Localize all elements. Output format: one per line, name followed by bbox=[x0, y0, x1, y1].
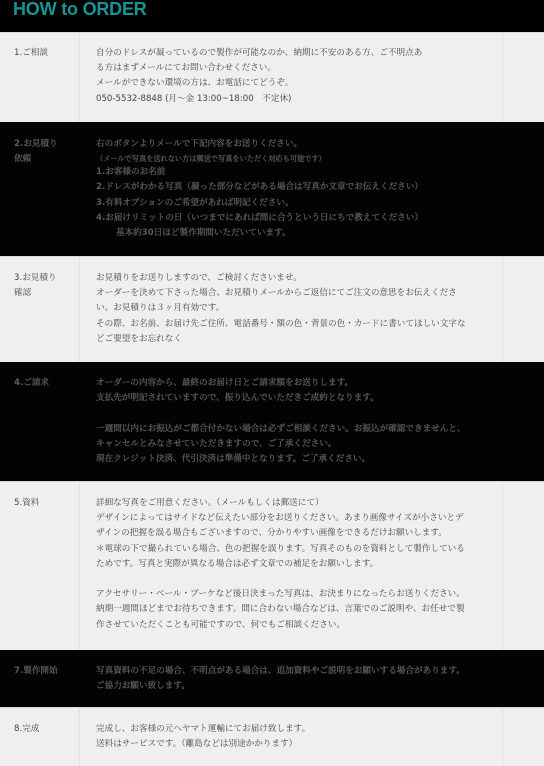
column-divider bbox=[79, 123, 80, 256]
column-divider bbox=[79, 651, 80, 707]
step-row-estimate-confirm: 3.お見積り 確認 お見積りをお送りしますので、ご検討くださいませ。 オーダーを… bbox=[0, 256, 544, 362]
step-row-production-start: 7.製作開始 写真資料の不足の場合、不明点がある場合は、追加資料やご説明をお願い… bbox=[0, 650, 544, 707]
step-text-line: い。お見積りは３ヶ月有効です。 bbox=[96, 301, 536, 316]
step-text-line: 一週間以内にお振込がご都合付かない場合は必ずご相談ください。お振込が確認できませ… bbox=[96, 422, 536, 437]
step-text-line: 現在クレジット決済、代引決済は準備中となります。ご了承ください。 bbox=[96, 452, 536, 467]
step-label: 4.ご請求 bbox=[14, 376, 49, 391]
step-text-line: 完成し、お客様の元へヤマト運輸にてお届け致します。 bbox=[96, 722, 536, 737]
step-text-line: 写真資料の不足の場合、不明点がある場合は、追加資料やご説明をお願いする場合があり… bbox=[96, 664, 536, 679]
step-row-completion: 8.完成 完成し、お客様の元へヤマト運輸にてお届け致します。 送料はサービスです… bbox=[0, 707, 544, 766]
step-text-line: ザインの把握を誤る場合もございますので、分かりやすい画像をできるだけお願いします… bbox=[96, 526, 536, 541]
step-text-line: ためです。写真と実際が異なる場合は必ず文章での補足をお願いします。 bbox=[96, 557, 536, 572]
step-text-line: キャンセルとみなさせていただきますので、ご了承ください。 bbox=[96, 437, 536, 452]
step-text-line: オーダーを決めて下さった場合、お見積りメールからご返信にてご注文の意思をお伝えく… bbox=[96, 286, 536, 301]
page-title: HOW to ORDER bbox=[13, 0, 147, 21]
step-content: オーダーの内容から、最終のお届け日とご請求額をお送りします。 支払先が明記されて… bbox=[96, 376, 536, 467]
step-text-line: 納期一週間ほどまでお待ちできます。間に合わない場合などは、言葉でのご説明や、お任… bbox=[96, 602, 536, 617]
step-text-line: 自分のドレスが凝っているので製作が可能なのか、納期に不安のある方、ご不明点あ bbox=[96, 46, 536, 61]
step-text-line: オーダーの内容から、最終のお届け日とご請求額をお送りします。 bbox=[96, 376, 536, 391]
step-label: 1.ご相談 bbox=[14, 46, 48, 61]
step-label: 2.お見積り 依頼 bbox=[14, 137, 58, 167]
step-content: 写真資料の不足の場合、不明点がある場合は、追加資料やご説明をお願いする場合があり… bbox=[96, 664, 536, 694]
step-content: 完成し、お客様の元へヤマト運輸にてお届け致します。 送料はサービスです。（離島な… bbox=[96, 722, 536, 752]
step-text-line: 右のボタンよりメールで下記内容をお送りください。 bbox=[96, 137, 536, 152]
step-text-line: ご協力お願い致します。 bbox=[96, 679, 536, 694]
step-text-line: デザインによってはサイドなど伝えたい部分をお送りください。あまり画像サイズが小さ… bbox=[96, 511, 536, 526]
page-header: HOW to ORDER bbox=[0, 0, 544, 32]
step-text-line: その際、お名前、お届け先ご住所、電話番号・額の色・背景の色・カードに書いてほしい… bbox=[96, 317, 536, 332]
step-content: 右のボタンよりメールで下記内容をお送りください。 （メールで写真を送れない方は郵… bbox=[96, 137, 536, 241]
step-row-consultation: 1.ご相談 自分のドレスが凝っているので製作が可能なのか、納期に不安のある方、ご… bbox=[0, 32, 544, 122]
step-label: 8.完成 bbox=[14, 722, 39, 737]
blank-line bbox=[96, 572, 536, 587]
step-label: 3.お見積り 確認 bbox=[14, 271, 57, 301]
step-text-line: 詳細な写真をご用意ください。（メールもしくは郵送にて） bbox=[96, 496, 536, 511]
blank-line bbox=[96, 406, 536, 421]
step-content: 自分のドレスが凝っているので製作が可能なのか、納期に不安のある方、ご不明点あ る… bbox=[96, 46, 536, 107]
column-divider bbox=[79, 482, 80, 650]
step-list-item: 1.お客様のお名前 bbox=[96, 165, 536, 180]
step-text-line: お見積りをお送りしますので、ご検討くださいませ。 bbox=[96, 271, 536, 286]
step-content: お見積りをお送りしますので、ご検討くださいませ。 オーダーを決めて下さった場合、… bbox=[96, 271, 536, 347]
step-text-line: アクセサリー・ベール・ブーケなど後日決まった写真は、お決まりになったらお送りくだ… bbox=[96, 587, 536, 602]
phone-number: 050-5532-8848 (月～金 13:00~18:00 不定休) bbox=[96, 92, 536, 107]
step-text-line: ＊電球の下で撮られている場合、色の把握を誤ります。写真そのものを資料として製作し… bbox=[96, 542, 536, 557]
step-text-line: どご要望をお忘れなく bbox=[96, 332, 536, 347]
step-text-line: 作させていただくことも可能ですので、何でもご相談ください。 bbox=[96, 618, 536, 633]
step-text-line: 送料はサービスです。（離島などは別途かかります） bbox=[96, 737, 536, 752]
step-label: 7.製作開始 bbox=[14, 664, 58, 679]
step-list-item: 3.有料オプションのご希望があれば明記ください。 bbox=[96, 196, 536, 211]
step-row-estimate-request: 2.お見積り 依頼 右のボタンよりメールで下記内容をお送りください。 （メールで… bbox=[0, 122, 544, 256]
column-divider bbox=[79, 257, 80, 362]
step-note: （メールで写真を送れない方は郵送で写真をいただく対応も可能です） bbox=[96, 152, 536, 165]
step-row-materials: 5.資料 詳細な写真をご用意ください。（メールもしくは郵送にて） デザインによっ… bbox=[0, 481, 544, 650]
step-row-invoice: 4.ご請求 オーダーの内容から、最終のお届け日とご請求額をお送りします。 支払先… bbox=[0, 362, 544, 481]
step-text-line: 支払先が明記されていますので、振り込んでいただきご成約となります。 bbox=[96, 391, 536, 406]
step-label: 5.資料 bbox=[14, 496, 39, 511]
step-content: 詳細な写真をご用意ください。（メールもしくは郵送にて） デザインによってはサイド… bbox=[96, 496, 536, 633]
step-text-line: る方はまずメールにてお問い合わせください。 bbox=[96, 61, 536, 76]
column-divider bbox=[79, 363, 80, 481]
step-text-line: 基本約30日ほど製作期間いただいています。 bbox=[96, 226, 536, 241]
column-divider bbox=[79, 708, 80, 766]
column-divider bbox=[79, 33, 80, 122]
order-steps-table: 1.ご相談 自分のドレスが凝っているので製作が可能なのか、納期に不安のある方、ご… bbox=[0, 32, 544, 766]
step-list-item: 2.ドレスがわかる写真（凝った部分などがある場合は写真か文章でお伝えください） bbox=[96, 180, 536, 195]
step-text-line: メールができない環境の方は、お電話にてどうぞ。 bbox=[96, 76, 536, 91]
step-list-item: 4.お届けリミットの日（いつまでにあれば間に合うという日にちで教えてください） bbox=[96, 211, 536, 226]
